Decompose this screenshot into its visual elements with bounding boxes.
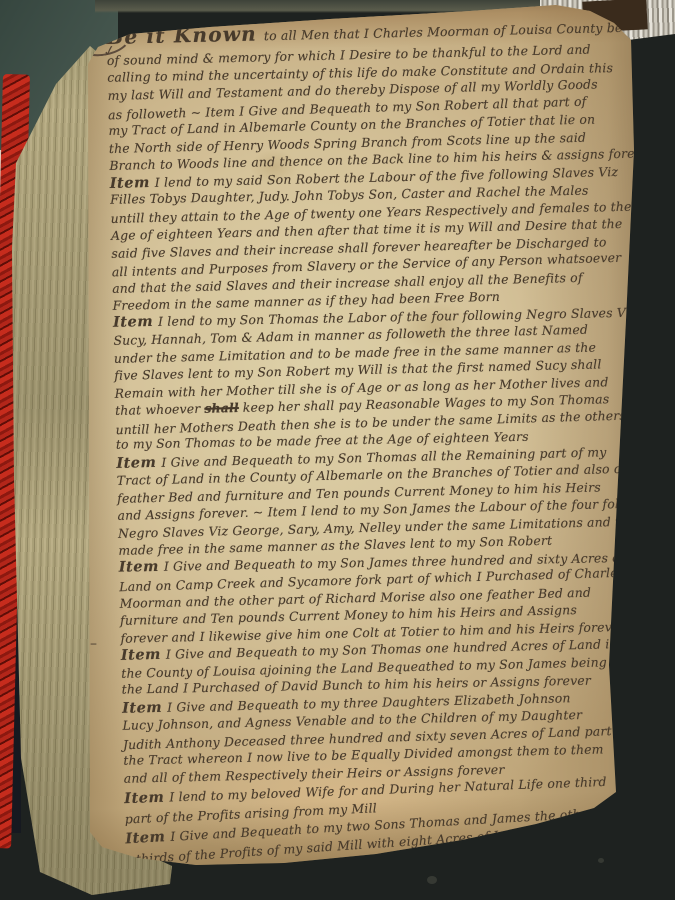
item-lead: Item — [125, 828, 166, 847]
item-lead: Item — [124, 789, 165, 807]
table-speck — [427, 876, 437, 884]
margin-dash-mark: – — [90, 636, 97, 652]
item-lead: Item — [119, 557, 159, 575]
item-lead: Item — [121, 646, 161, 664]
manuscript-page: 432 / ✓ – Be it Knownto all Men that I C… — [0, 0, 675, 900]
line-text: that whoever — [115, 401, 201, 418]
item-lead: Item — [116, 453, 156, 471]
manuscript-photo: 432 / ✓ – Be it Knownto all Men that I C… — [0, 0, 675, 900]
item-lead: Item — [122, 698, 162, 716]
table-speck — [598, 858, 604, 863]
handwritten-text: Be it Knownto all Men that I Charles Moo… — [106, 11, 670, 857]
item-lead: Item — [110, 174, 150, 192]
text-lines: of sound mind & memory for which I Desir… — [107, 39, 671, 857]
struck-word: shall — [204, 400, 239, 416]
item-lead: Item — [113, 312, 153, 330]
